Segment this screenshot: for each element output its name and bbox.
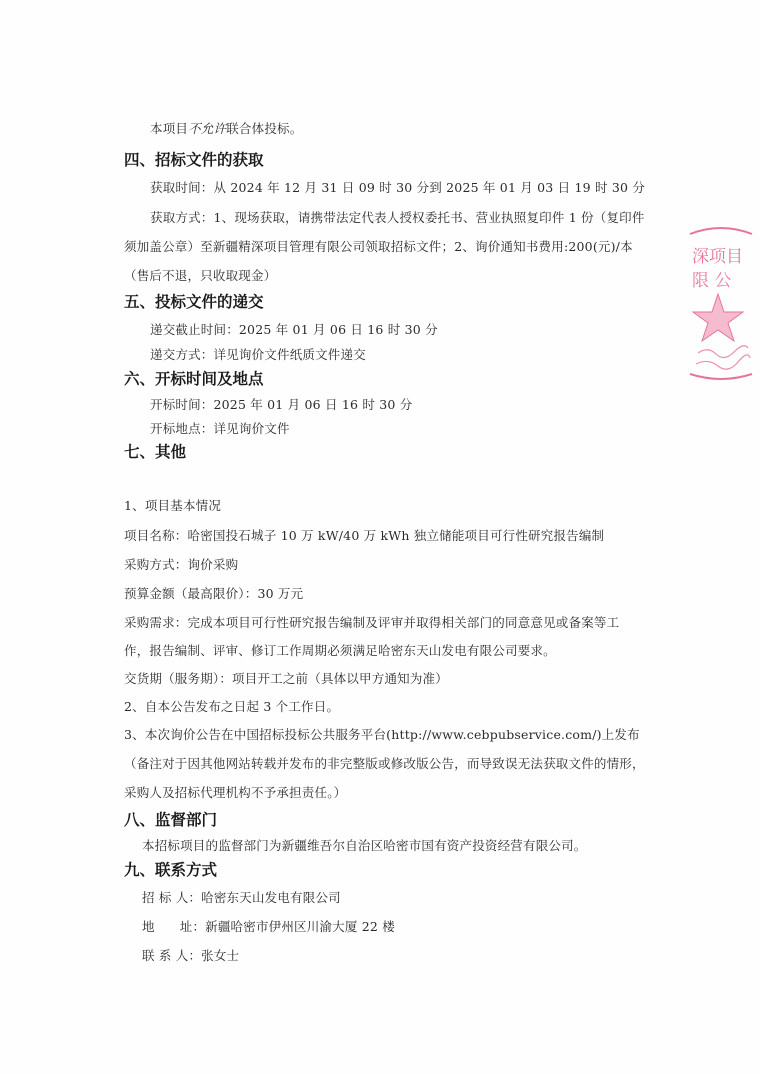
- procurement-method: 采购方式：询价采购: [124, 555, 238, 573]
- acquisition-time: 获取时间：从 2024 年 12 月 31 日 09 时 30 分到 2025 …: [150, 178, 645, 196]
- opening-place: 开标地点：详见询价文件: [150, 419, 290, 437]
- section-6-heading: 六、开标时间及地点: [124, 367, 264, 389]
- intro-italic: 不允许: [188, 121, 226, 136]
- budget: 预算金额（最高限价）：30 万元: [124, 584, 303, 602]
- intro-suffix: 联合体投标。: [226, 121, 302, 136]
- note-1: （备注对于因其他网站转载并发布的非完整版或修改版公告，而导致误无法获取文件的情形…: [124, 754, 645, 772]
- intro-line: 本项目不允许联合体投标。: [150, 119, 302, 137]
- contact: 联 系 人：张女士: [142, 946, 239, 964]
- section-8-heading: 八、监督部门: [124, 808, 217, 830]
- submission-method: 递交方式：详见询价文件纸质文件递交: [150, 345, 366, 363]
- svg-text:深项目: 深项目: [692, 247, 743, 267]
- tenderer: 招 标 人：哈密东天山发电有限公司: [142, 888, 341, 906]
- section-5-heading: 五、投标文件的递交: [124, 290, 264, 312]
- item3: 3、本次询价公告在中国招标投标公共服务平台(http://www.cebpubs…: [124, 725, 640, 743]
- address: 地 址：新疆哈密市伊州区川渝大厦 22 楼: [142, 917, 395, 935]
- requirement-1: 采购需求：完成本项目可行性研究报告编制及评审并取得相关部门的同意意见或备案等工: [124, 613, 619, 631]
- requirement-2: 作，报告编制、评审、修订工作周期必须满足哈密东天山发电有限公司要求。: [124, 641, 556, 659]
- acquisition-method-3: （售后不退，只收取现金）: [124, 266, 276, 284]
- acquisition-method-1: 获取方式：1、现场获取，请携带法定代表人授权委托书、营业执照复印件 1 份（复印…: [150, 208, 645, 226]
- project-name: 项目名称：哈密国投石城子 10 万 kW/40 万 kWh 独立储能项目可行性研…: [124, 526, 604, 544]
- document-page: 本项目不允许联合体投标。 四、招标文件的获取 获取时间：从 2024 年 12 …: [0, 0, 760, 1074]
- delivery-period: 交货期（服务期）：项目开工之前（具体以甲方通知为准）: [124, 669, 448, 687]
- section-4-heading: 四、招标文件的获取: [124, 148, 264, 170]
- supervision-text: 本招标项目的监督部门为新疆维吾尔自治区哈密市国有资产投资经营有限公司。: [142, 836, 587, 854]
- note-2: 采购人及招标代理机构不予承担责任。）: [124, 783, 346, 801]
- acquisition-method-2: 须加盖公章）至新疆精深项目管理有限公司领取招标文件；2、询价通知书费用:200(…: [124, 237, 633, 255]
- item1-title: 1、项目基本情况: [124, 496, 221, 514]
- item2: 2、自本公告发布之日起 3 个工作日。: [124, 697, 339, 715]
- section-7-heading: 七、其他: [124, 440, 186, 462]
- intro-prefix: 本项目: [150, 121, 188, 136]
- svg-text:限 公: 限 公: [692, 271, 731, 291]
- opening-time: 开标时间：2025 年 01 月 06 日 16 时 30 分: [150, 395, 412, 413]
- section-9-heading: 九、联系方式: [124, 858, 217, 880]
- submission-deadline: 递交截止时间：2025 年 01 月 06 日 16 时 30 分: [150, 320, 438, 338]
- company-seal-stamp: 深项目 限 公: [688, 218, 754, 382]
